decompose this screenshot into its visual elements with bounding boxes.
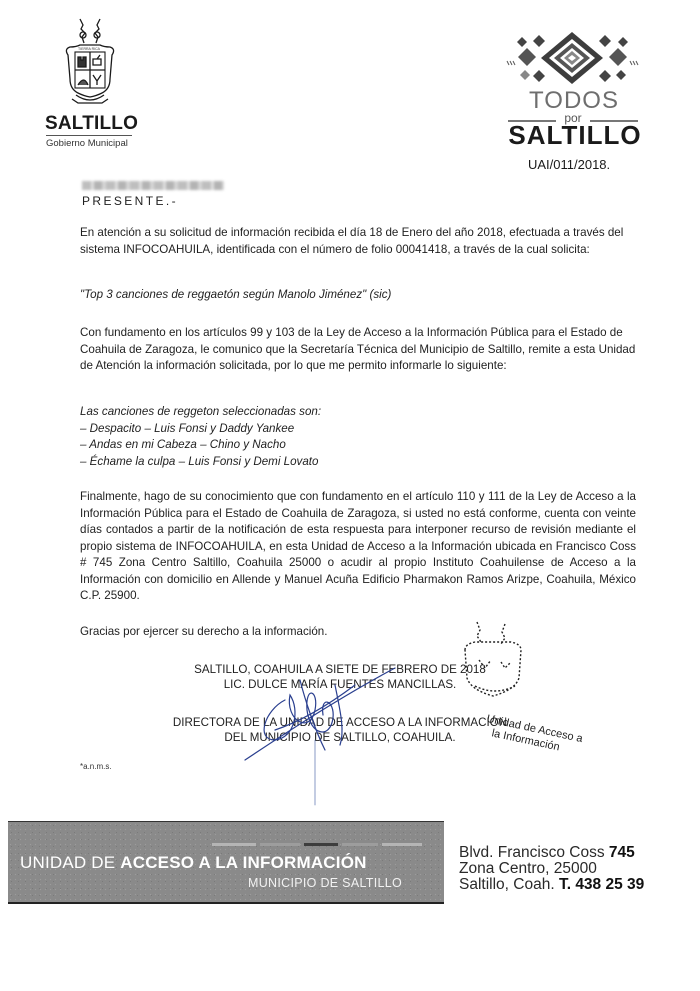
redacted-recipient-name: [82, 181, 224, 190]
logo-line-saltillo: SALTILLO: [505, 120, 645, 151]
address-line-street: Blvd. Francisco Coss 745: [459, 845, 644, 861]
song-list: Las canciones de reggeton seleccionadas …: [80, 404, 636, 470]
logo-divider: [46, 135, 132, 136]
diamond-pattern-icon: [505, 30, 640, 86]
logo-subtitle: Gobierno Municipal: [46, 138, 128, 149]
closing-line: Gracias por ejercer su derecho a la info…: [80, 624, 327, 641]
initials-note: *a.n.m.s.: [80, 762, 112, 771]
list-item: – Despacito – Luis Fonsi y Daddy Yankee: [80, 421, 636, 438]
footer-banner-subtitle: MUNICIPIO DE SALTILLO: [248, 876, 402, 890]
list-item: – Andas en mi Cabeza – Chino y Nacho: [80, 437, 636, 454]
footer-banner-dashes: [212, 843, 422, 846]
city-coat-of-arms-icon: TIERRA RICA: [62, 15, 118, 110]
footer-address: Blvd. Francisco Coss 745 Zona Centro, 25…: [459, 845, 644, 893]
handwritten-signature-icon: [215, 640, 415, 810]
request-quote: "Top 3 canciones de reggaetón según Mano…: [80, 287, 636, 304]
salutation: PRESENTE.-: [82, 193, 178, 210]
address-line-zone: Zona Centro, 25000: [459, 861, 644, 877]
svg-text:TIERRA RICA: TIERRA RICA: [78, 47, 101, 51]
reference-number: UAI/011/2018.: [528, 157, 610, 172]
logo-title: SALTILLO: [45, 113, 138, 135]
footer-banner-title: UNIDAD DE ACCESO A LA INFORMACIÓN: [20, 853, 367, 873]
paragraph-request-intro: En atención a su solicitud de informació…: [80, 225, 636, 258]
song-list-intro: Las canciones de reggeton seleccionadas …: [80, 404, 636, 421]
paragraph-legal-basis: Con fundamento en los artículos 99 y 103…: [80, 325, 636, 375]
paragraph-appeal-rights: Finalmente, hago de su conocimiento que …: [80, 489, 636, 605]
address-line-city-phone: Saltillo, Coah. T. 438 25 39: [459, 877, 644, 893]
list-item: – Échame la culpa – Luis Fonsi y Demi Lo…: [80, 454, 636, 471]
